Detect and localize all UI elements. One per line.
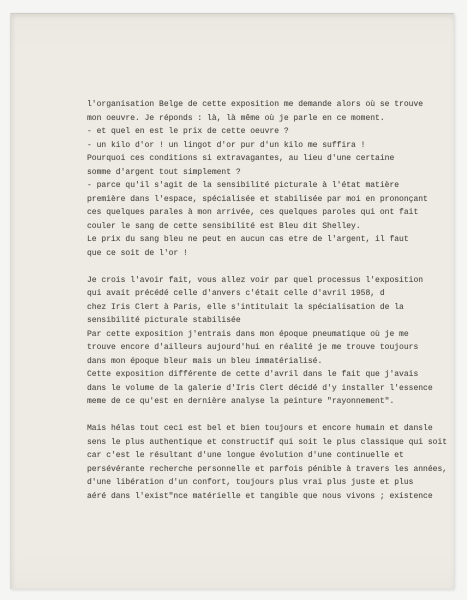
- text-line: persévérante recherche personnelle et pa…: [87, 463, 459, 477]
- text-line: Mais hélas tout ceci est bel et bien tou…: [87, 422, 459, 436]
- text-line: Pourquoi ces conditions si extravagantes…: [87, 152, 459, 166]
- paragraph: Mais hélas tout ceci est bel et bien tou…: [87, 422, 459, 503]
- text-line: - parce qu'il s'agit de la sensibilité p…: [87, 179, 459, 193]
- text-line: sens le plus authentique et constructif …: [87, 436, 459, 450]
- text-line: chez Iris Clert à Paris, elle s'intitula…: [87, 301, 459, 315]
- text-line: dans le volume de la galerie d'Iris Cler…: [87, 382, 459, 396]
- text-line: - un kilo d'or ! un lingot d'or pur d'un…: [87, 139, 459, 153]
- text-line: aéré dans l'exist"nce matérielle et tang…: [87, 490, 459, 504]
- text-line: car c'est le résultant d'une longue évol…: [87, 449, 459, 463]
- text-line: Cette exposition différente de cette d'a…: [87, 368, 459, 382]
- paper-sheet: l'organisation Belge de cette exposition…: [10, 13, 454, 589]
- text-line: l'organisation Belge de cette exposition…: [87, 98, 459, 112]
- text-line: qui avait précédé celle d'anvers c'était…: [87, 287, 459, 301]
- text-line: que ce soit de l'or !: [87, 247, 459, 261]
- paragraph: l'organisation Belge de cette exposition…: [87, 98, 459, 260]
- text-line: ces quelques parales à mon arrivée, ces …: [87, 206, 459, 220]
- typewritten-text: l'organisation Belge de cette exposition…: [87, 98, 459, 503]
- scanned-document: l'organisation Belge de cette exposition…: [0, 0, 467, 600]
- text-line: mon oeuvre. Je réponds : là, là même où …: [87, 112, 459, 126]
- text-line: première dans l'espace, spécialisée et s…: [87, 193, 459, 207]
- text-line: Par cette exposition j'entrais dans mon …: [87, 328, 459, 342]
- text-line: trouve encore d'ailleurs aujourd'hui en …: [87, 341, 459, 355]
- text-line: sensibilité picturale stabilisée: [87, 314, 459, 328]
- text-line: - et quel en est le prix de cette oeuvre…: [87, 125, 459, 139]
- text-line: meme de ce qu'est en dernière analyse la…: [87, 395, 459, 409]
- text-line: Je crois l'avoir fait, vous allez voir p…: [87, 274, 459, 288]
- text-line: couler le sang de cette sensibilité est …: [87, 220, 459, 234]
- text-line: d'une libération d'un confort, toujours …: [87, 476, 459, 490]
- text-line: somme d'argent tout simplement ?: [87, 166, 459, 180]
- text-line: Le prix du sang bleu ne peut en aucun ca…: [87, 233, 459, 247]
- paragraph: Je crois l'avoir fait, vous allez voir p…: [87, 274, 459, 409]
- text-line: dans mon époque bleur mais un bleu immat…: [87, 355, 459, 369]
